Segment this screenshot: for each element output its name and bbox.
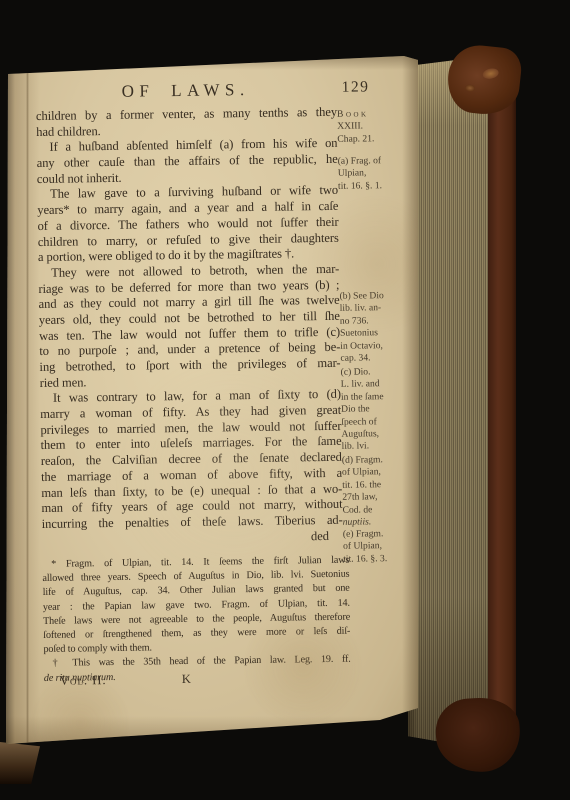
cover-corner-bottom bbox=[434, 695, 523, 775]
book-cover-edge bbox=[486, 50, 516, 764]
sidenote-line: (d) Fragm. bbox=[342, 454, 418, 467]
sidenote-line: Auguſtus, bbox=[341, 428, 417, 441]
sidenote-line: XXIII. bbox=[337, 120, 413, 133]
sidenote-line: (b) See Dio bbox=[339, 290, 415, 303]
sidenote-line: Book bbox=[337, 108, 413, 121]
sidenote-line: (e) Fragm. bbox=[343, 528, 419, 541]
book-fore-edge bbox=[408, 56, 488, 750]
sidenote-line: in the ſame bbox=[341, 390, 417, 403]
sidenote-line: no 736. bbox=[340, 314, 416, 327]
sidenote-line: in Octavio, bbox=[340, 339, 416, 352]
running-title: OF LAWS. bbox=[26, 79, 346, 103]
sidenote-line: tit. 16. §. 3. bbox=[343, 552, 419, 565]
sidenote-line: lib. liv. an- bbox=[340, 302, 416, 315]
sidenote-line: (c) Dio. bbox=[341, 366, 417, 379]
page-content: OF LAWS. 129 children by a former venter… bbox=[5, 51, 427, 751]
binding-edge-bottom bbox=[0, 742, 40, 784]
sidenote-line: tit. 16. the bbox=[342, 478, 418, 491]
sidenote: (b) See Diolib. liv. an-no 736.Suetonius… bbox=[339, 290, 416, 365]
sidenote-line: Ulpian, bbox=[338, 167, 414, 180]
sidenote-line: Cod. de bbox=[342, 503, 418, 516]
sidenote: (a) Frag. ofUlpian,tit. 16. §. 1. bbox=[338, 155, 415, 193]
volume-label: Vol. II. bbox=[60, 673, 107, 689]
signature-mark: K bbox=[182, 672, 192, 687]
sidenote-line: Dio the bbox=[341, 403, 417, 416]
leather-highlight bbox=[465, 84, 476, 92]
sidenote-line: Suetonius bbox=[340, 327, 416, 340]
sidenote-line: lib. lvi. bbox=[342, 440, 418, 453]
fore-edge-shading bbox=[408, 56, 488, 750]
sidenote-line: cap. 34. bbox=[340, 352, 416, 365]
sidenote-line: of Ulpian, bbox=[342, 466, 418, 479]
sidenote: (c) Dio.L. liv. andin the ſameDio theſpe… bbox=[341, 366, 418, 454]
sidenote-line: ſpeech of bbox=[341, 415, 417, 428]
sidenote: (d) Fragm.of Ulpian,tit. 16. the27th law… bbox=[342, 454, 419, 529]
sidenote-line: 27th law, bbox=[342, 491, 418, 504]
sidenote-line: Chap. 21. bbox=[337, 133, 413, 146]
sidenote: BookXXIII.Chap. 21. bbox=[337, 108, 414, 146]
sidenote-line: of Ulpian, bbox=[343, 540, 419, 553]
body-text: children by a former venter, as many ten… bbox=[36, 105, 343, 548]
page-number: 129 bbox=[342, 78, 370, 96]
sidenote-column: BookXXIII.Chap. 21.(a) Frag. ofUlpian,ti… bbox=[336, 51, 412, 52]
gutter-crease bbox=[26, 56, 29, 750]
book-page: OF LAWS. 129 children by a former venter… bbox=[6, 56, 418, 750]
sidenote-line: tit. 16. §. 1. bbox=[338, 180, 414, 193]
sidenote-line: L. liv. and bbox=[341, 378, 417, 391]
sidenote: (e) Fragm.of Ulpian,tit. 16. §. 3. bbox=[343, 528, 420, 566]
sidenote-line: (a) Frag. of bbox=[338, 155, 414, 168]
leather-highlight bbox=[482, 67, 500, 80]
footnotes: * Fragm. of Ulpian, tit. 14. It ſeems th… bbox=[42, 554, 351, 686]
